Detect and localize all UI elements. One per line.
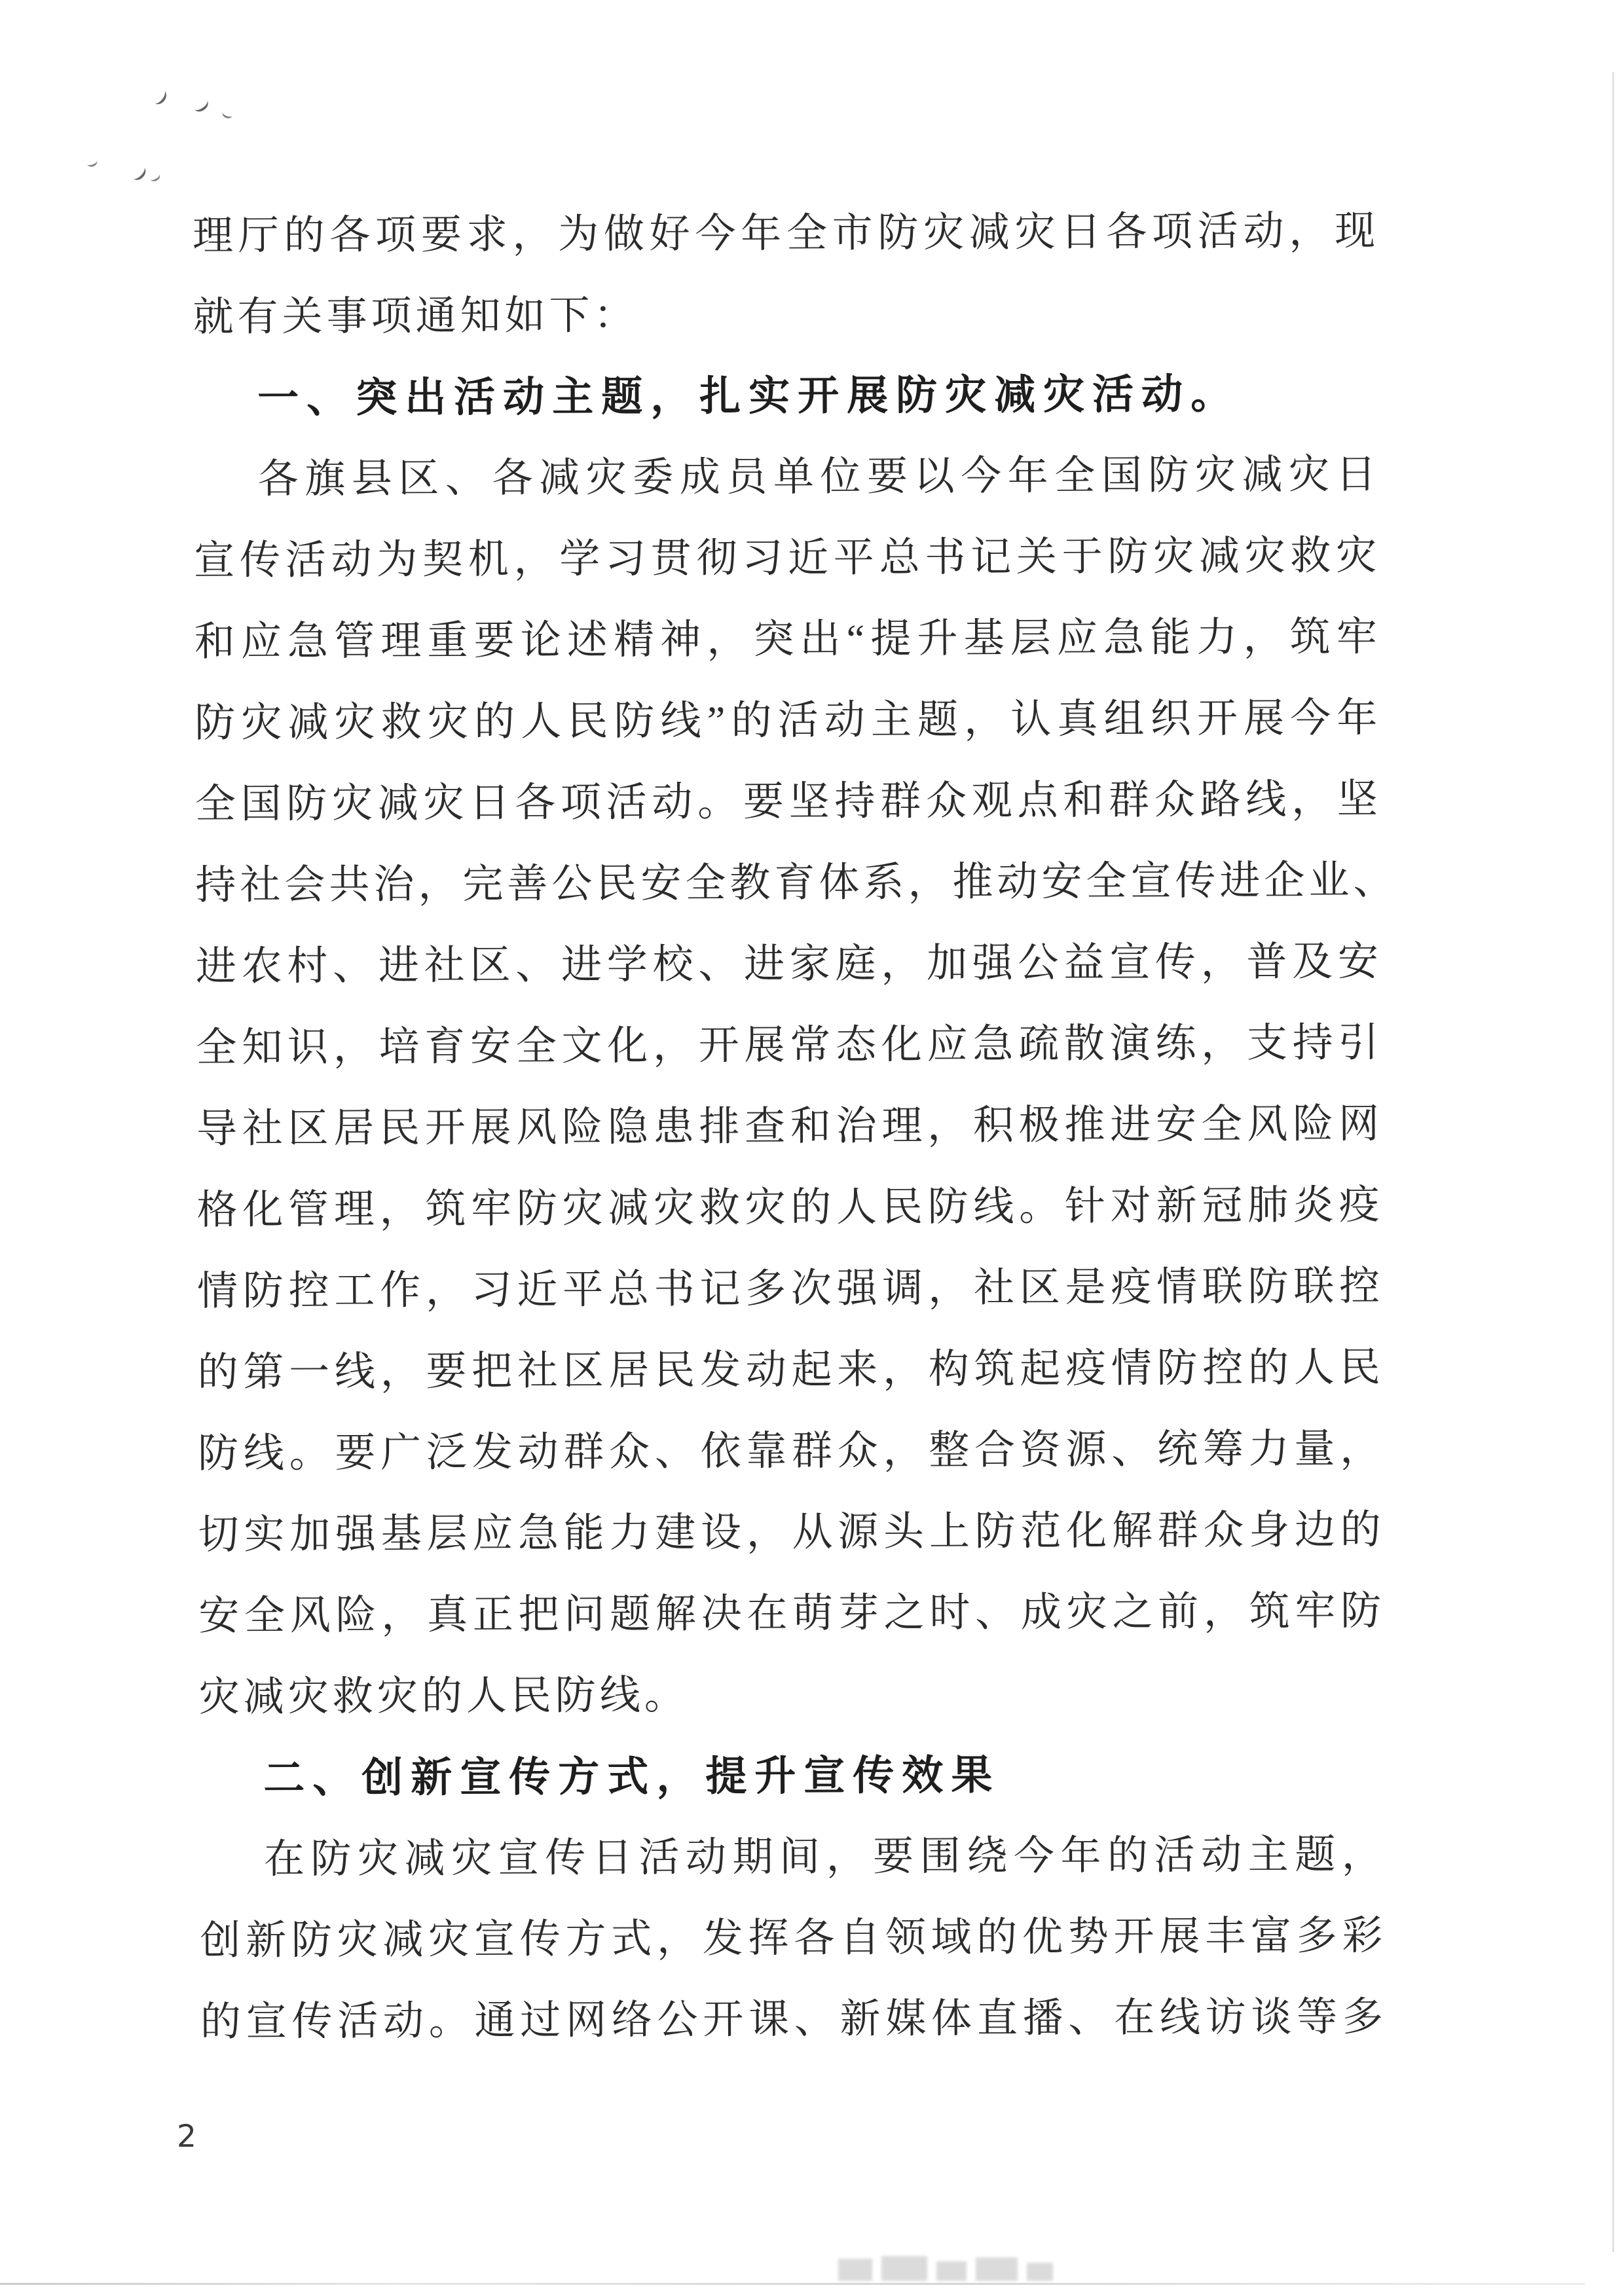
- document-text-line: 进农村、进社区、进学校、进家庭，加强公益宣传，普及安: [196, 921, 1383, 1008]
- document-text-line: 在防灾减灾宣传日活动期间，要围绕今年的活动主题，: [200, 1814, 1387, 1901]
- document-text-line: 灾减灾救灾的人民防线。: [199, 1652, 1386, 1738]
- ink-speck: [148, 170, 161, 183]
- scanner-bottom-edge-line: [0, 2283, 1585, 2285]
- document-text-line: 全国防灾减灾日各项活动。要坚持群众观点和群众路线，坚: [195, 759, 1382, 845]
- page-number: 2: [177, 2119, 196, 2155]
- document-text-line: 情防控工作，习近平总书记多次强调，社区是疫情联防联控: [197, 1246, 1384, 1332]
- document-text-line: 就有关事项通知如下：: [193, 272, 1380, 358]
- document-text-line: 防灾减灾救灾的人民防线”的活动主题，认真组织开展今年: [194, 678, 1382, 764]
- scanned-document-page: 理厅的各项要求，为做好今年全市防灾减灾日各项活动，现就有关事项通知如下：一、突出…: [0, 0, 1624, 2296]
- document-text-line: 全知识，培育安全文化，开展常态化应急疏散演练，支持引: [196, 1002, 1383, 1089]
- document-text-line: 各旗县区、各减灾委成员单位要以今年全国防灾减灾日: [193, 434, 1380, 520]
- document-text-line: 理厅的各项要求，为做好今年全市防灾减灾日各项活动，现: [193, 191, 1380, 277]
- document-text-line: 宣传活动为契机，学习贯彻习近平总书记关于防灾减灾救灾: [194, 515, 1381, 602]
- ink-speck: [128, 163, 148, 183]
- ink-speck: [191, 95, 211, 114]
- ink-speck: [221, 108, 234, 120]
- ink-speck: [150, 87, 170, 107]
- section-heading-line: 一、突出活动主题，扎实开展防灾减灾活动。: [193, 353, 1380, 439]
- text-block: 理厅的各项要求，为做好今年全市防灾减灾日各项活动，现就有关事项通知如下：一、突出…: [193, 191, 1387, 2063]
- document-text-line: 格化管理，筑牢防灾减灾救灾的人民防线。针对新冠肺炎疫: [196, 1165, 1384, 1251]
- document-text-line: 的宣传活动。通过网络公开课、新媒体直播、在线访谈等多: [200, 1977, 1388, 2063]
- scanner-right-edge-line: [1612, 72, 1614, 2252]
- section-heading-line: 二、创新宣传方式，提升宣传效果: [199, 1733, 1386, 1819]
- bottom-smudge-artifact: [838, 2253, 1133, 2281]
- document-text-line: 切实加强基层应急能力建设，从源头上防范化解群众身边的: [198, 1489, 1385, 1576]
- document-text-line: 安全风险，真正把问题解决在萌芽之时、成灾之前，筑牢防: [198, 1571, 1386, 1657]
- document-text-line: 创新防灾减灾宣传方式，发挥各自领域的优势开展丰富多彩: [200, 1895, 1387, 1982]
- document-text-line: 导社区居民开展风险隐患排查和治理，积极推进安全风险网: [196, 1084, 1384, 1170]
- document-text-line: 防线。要广泛发动群众、依靠群众，整合资源、统筹力量，: [198, 1408, 1385, 1495]
- document-text-line: 的第一线，要把社区居民发动起来，构筑起疫情防控的人民: [197, 1327, 1384, 1413]
- ink-speck: [86, 156, 98, 168]
- document-text-line: 和应急管理重要论述精神，突出“提升基层应急能力，筑牢: [194, 596, 1381, 683]
- document-text-line: 持社会共治，完善公民安全教育体系，推动安全宣传进企业、: [195, 840, 1382, 926]
